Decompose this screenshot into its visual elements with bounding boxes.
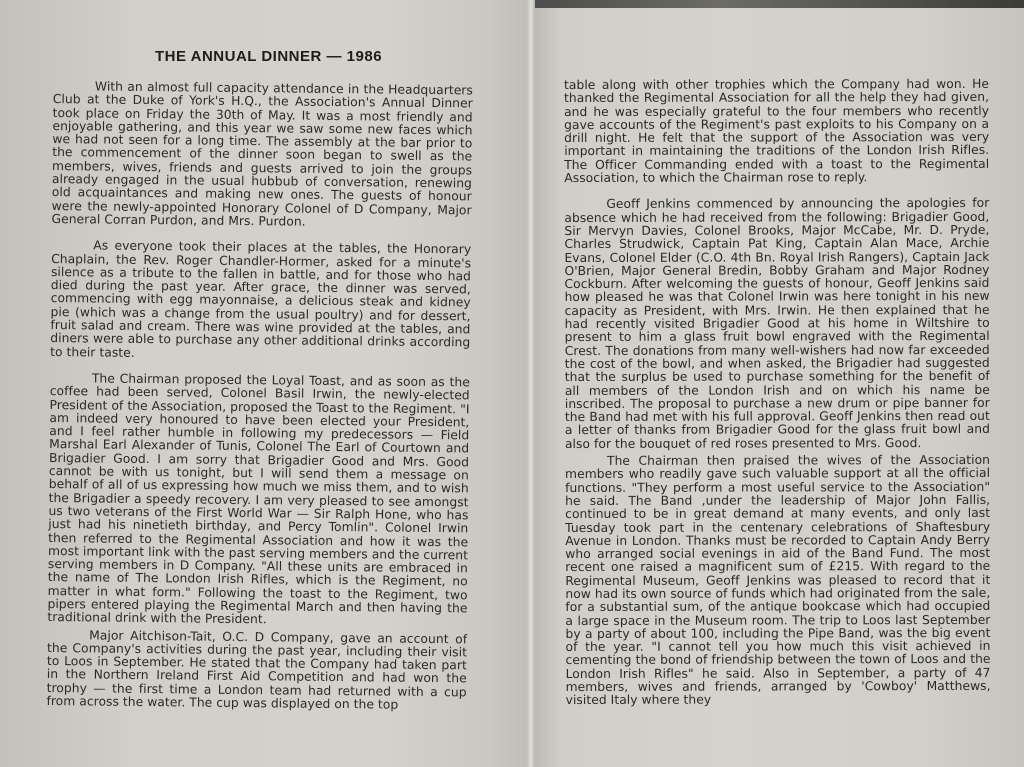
paragraph: Major Aitchison-Tait, O.C. D Company, ga…: [46, 629, 467, 713]
paragraph: With an almost full capacity attendance …: [51, 80, 473, 231]
paragraph: The Chairman proposed the Loyal Toast, a…: [47, 372, 470, 629]
book-gutter: [527, 0, 535, 767]
right-page: table along with other trophies which th…: [532, 8, 1024, 767]
paragraph: As everyone took their places at the tab…: [50, 239, 471, 363]
left-page: THE ANNUAL DINNER — 1986 With an almost …: [0, 0, 532, 767]
right-page-text: table along with other trophies which th…: [564, 78, 991, 721]
left-page-text: With an almost full capacity attendance …: [46, 80, 473, 726]
paragraph: table along with other trophies which th…: [564, 78, 989, 185]
paragraph: The Chairman then praised the wives of t…: [565, 454, 991, 708]
paragraph: Geoff Jenkins commenced by announcing th…: [564, 197, 990, 451]
page-title: THE ANNUAL DINNER — 1986: [155, 48, 382, 65]
